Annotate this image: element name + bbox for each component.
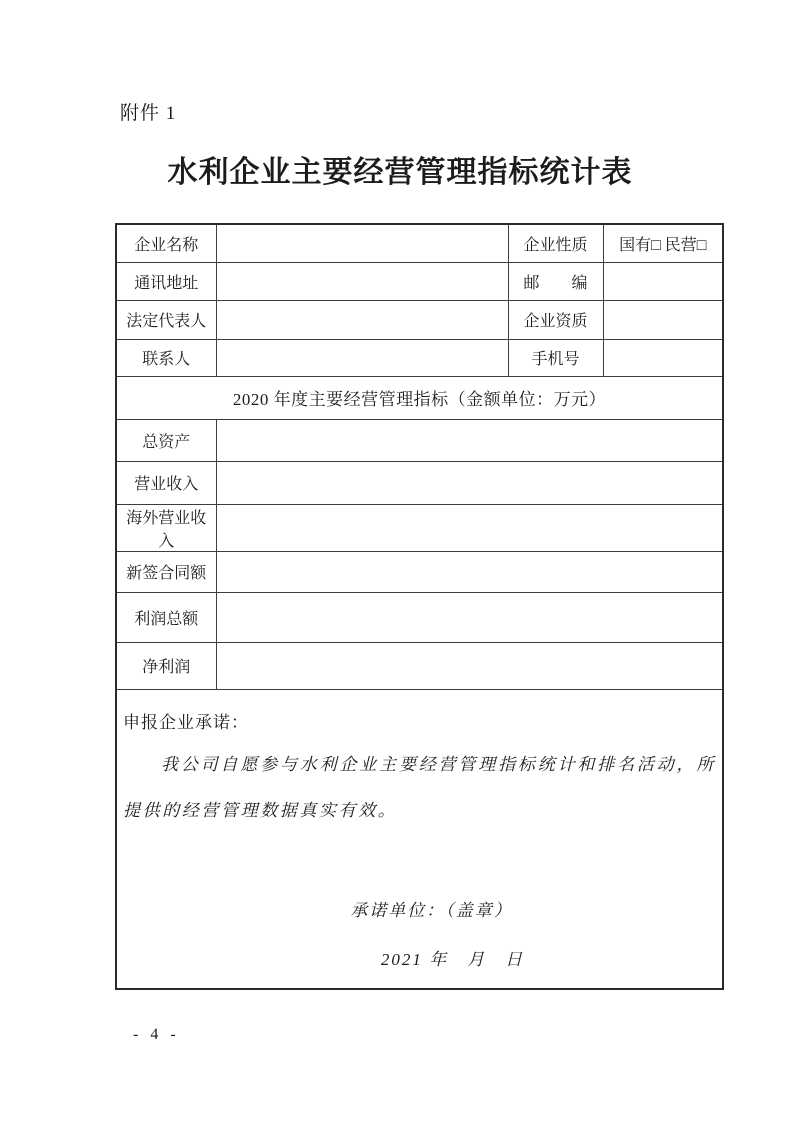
table-row: 新签合同额 [116,551,723,592]
legal-representative-label: 法定代表人 [116,300,216,339]
table-row: 海外营业收入 [116,504,723,551]
mailing-address-label: 通讯地址 [116,262,216,300]
enterprise-nature-label: 企业性质 [508,224,603,262]
commitment-sign-line: 承诺单位：（盖章） [123,896,716,921]
commitment-row: 申报企业承诺： 我公司自愿参与水利企业主要经营管理指标统计和排名活动，所提供的经… [116,689,723,989]
new-contracts-label: 新签合同额 [116,551,216,592]
overseas-revenue-label: 海外营业收入 [116,504,216,551]
commitment-body: 我公司自愿参与水利企业主要经营管理指标统计和排名活动，所提供的经营管理数据真实有… [123,742,716,834]
total-profit-label: 利润总额 [116,592,216,642]
table-row: 总资产 [116,419,723,461]
commitment-date-line: 2021 年 月 日 [123,945,716,970]
section-header-row: 2020 年度主要经营管理指标（金额单位：万元） [116,376,723,419]
table-row: 法定代表人 企业资质 [116,300,723,339]
table-row: 通讯地址 邮 编 [116,262,723,300]
attachment-label: 附件 1 [120,98,176,125]
table-row: 净利润 [116,642,723,689]
net-profit-label: 净利润 [116,642,216,689]
page-title: 水利企业主要经营管理指标统计表 [0,147,800,191]
operating-revenue-input-cell[interactable] [216,461,723,504]
new-contracts-input-cell[interactable] [216,551,723,592]
enterprise-name-input-cell[interactable] [216,224,508,262]
section-header: 2020 年度主要经营管理指标（金额单位：万元） [116,376,723,419]
legal-representative-input-cell[interactable] [216,300,508,339]
commitment-heading: 申报企业承诺： [123,708,716,733]
enterprise-name-label: 企业名称 [116,224,216,262]
mailing-address-input-cell[interactable] [216,262,508,300]
enterprise-nature-checkbox-options[interactable]: 国有□ 民营□ [603,224,723,262]
mobile-number-label: 手机号 [508,339,603,376]
table-row: 联系人 手机号 [116,339,723,376]
total-profit-input-cell[interactable] [216,592,723,642]
form-table: 企业名称 企业性质 国有□ 民营□ 通讯地址 邮 编 法定代表人 企业资质 联系… [115,223,724,990]
total-assets-label: 总资产 [116,419,216,461]
document-page: 附件 1 水利企业主要经营管理指标统计表 企业名称 企业性质 国有□ 民营□ 通… [0,0,800,1131]
enterprise-qualification-input-cell[interactable] [603,300,723,339]
overseas-revenue-input-cell[interactable] [216,504,723,551]
table-row: 营业收入 [116,461,723,504]
contact-person-label: 联系人 [116,339,216,376]
operating-revenue-label: 营业收入 [116,461,216,504]
table-row: 利润总额 [116,592,723,642]
table-row: 企业名称 企业性质 国有□ 民营□ [116,224,723,262]
net-profit-input-cell[interactable] [216,642,723,689]
enterprise-qualification-label: 企业资质 [508,300,603,339]
postal-code-input-cell[interactable] [603,262,723,300]
contact-person-input-cell[interactable] [216,339,508,376]
commitment-cell: 申报企业承诺： 我公司自愿参与水利企业主要经营管理指标统计和排名活动，所提供的经… [116,689,723,989]
page-number: - 4 - [133,1026,180,1044]
total-assets-input-cell[interactable] [216,419,723,461]
mobile-number-input-cell[interactable] [603,339,723,376]
postal-code-label: 邮 编 [508,262,603,300]
